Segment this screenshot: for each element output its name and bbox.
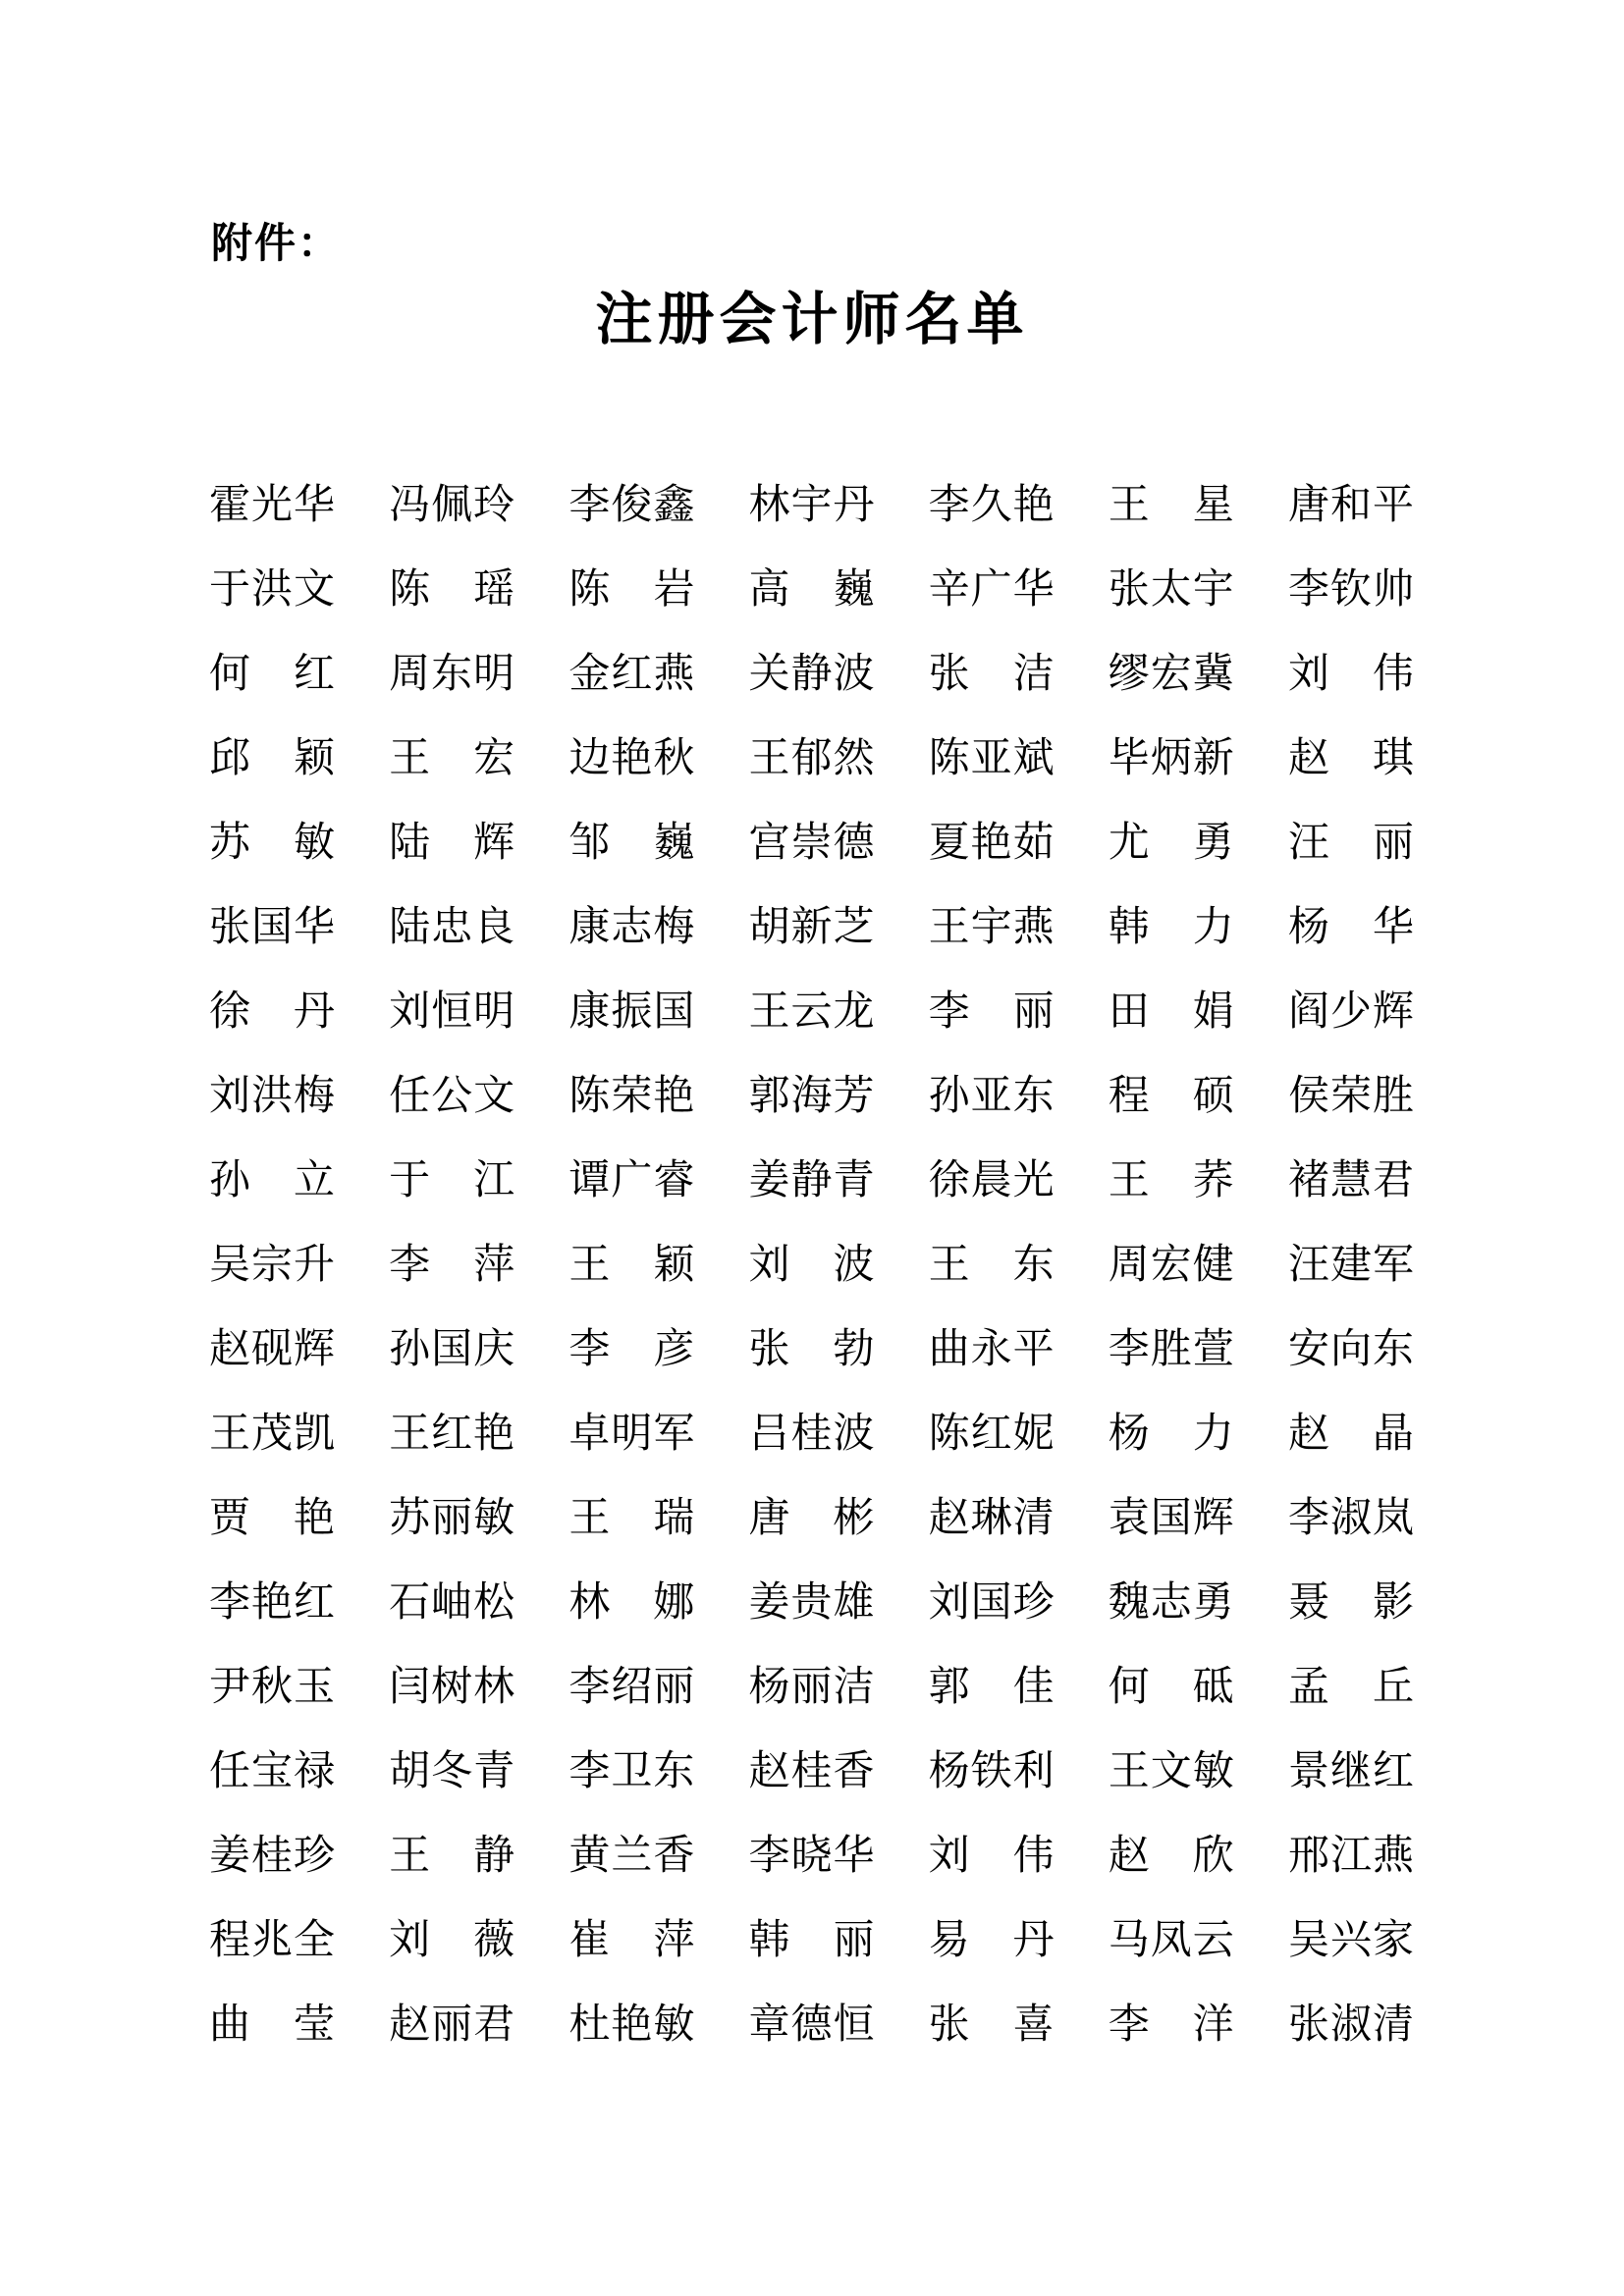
person-name: 陆 辉 bbox=[389, 797, 519, 881]
person-name: 王 东 bbox=[929, 1219, 1059, 1304]
person-name: 李 彦 bbox=[568, 1304, 699, 1388]
person-name: 邢江燕 bbox=[1288, 1810, 1419, 1895]
person-name: 李淑岚 bbox=[1288, 1472, 1419, 1557]
person-name: 石岫松 bbox=[389, 1557, 519, 1641]
person-name: 高 巍 bbox=[748, 544, 879, 628]
person-name: 陈 瑶 bbox=[389, 544, 519, 628]
person-name: 刘 伟 bbox=[929, 1810, 1059, 1895]
person-name: 张 勃 bbox=[748, 1304, 879, 1388]
person-name: 于 江 bbox=[389, 1135, 519, 1219]
person-name: 尤 勇 bbox=[1109, 797, 1239, 881]
person-name: 王郁然 bbox=[748, 713, 879, 797]
person-name: 毕炳新 bbox=[1109, 713, 1239, 797]
person-name: 刘 薇 bbox=[389, 1895, 519, 1979]
person-name: 边艳秋 bbox=[568, 713, 699, 797]
person-name: 姜贵雄 bbox=[748, 1557, 879, 1641]
person-name: 章德恒 bbox=[748, 1979, 879, 2063]
name-grid: 霍光华冯佩玲李俊鑫林宇丹李久艳王 星唐和平于洪文陈 瑶陈 岩高 巍辛广华张太宇李… bbox=[209, 459, 1419, 2063]
page-title: 注册会计师名单 bbox=[0, 273, 1624, 355]
person-name: 李胜萱 bbox=[1109, 1304, 1239, 1388]
person-name: 孙亚东 bbox=[929, 1050, 1059, 1135]
person-name: 张淑清 bbox=[1288, 1979, 1419, 2063]
person-name: 吴兴家 bbox=[1288, 1895, 1419, 1979]
person-name: 康振国 bbox=[568, 966, 699, 1050]
person-name: 尹秋玉 bbox=[209, 1641, 340, 1726]
person-name: 胡冬青 bbox=[389, 1726, 519, 1810]
person-name: 黄兰香 bbox=[568, 1810, 699, 1895]
person-name: 程兆全 bbox=[209, 1895, 340, 1979]
person-name: 吕桂波 bbox=[748, 1388, 879, 1472]
person-name: 何 砥 bbox=[1109, 1641, 1239, 1726]
person-name: 陈亚斌 bbox=[929, 713, 1059, 797]
person-name: 李绍丽 bbox=[568, 1641, 699, 1726]
person-name: 王红艳 bbox=[389, 1388, 519, 1472]
person-name: 关静波 bbox=[748, 628, 879, 713]
person-name: 易 丹 bbox=[929, 1895, 1059, 1979]
person-name: 缪宏冀 bbox=[1109, 628, 1239, 713]
person-name: 林 娜 bbox=[568, 1557, 699, 1641]
person-name: 马凤云 bbox=[1109, 1895, 1239, 1979]
person-name: 霍光华 bbox=[209, 459, 340, 544]
person-name: 李晓华 bbox=[748, 1810, 879, 1895]
person-name: 杨铁利 bbox=[929, 1726, 1059, 1810]
person-name: 王宇燕 bbox=[929, 881, 1059, 966]
person-name: 邱 颖 bbox=[209, 713, 340, 797]
person-name: 赵 欣 bbox=[1109, 1810, 1239, 1895]
person-name: 吴宗升 bbox=[209, 1219, 340, 1304]
person-name: 李 洋 bbox=[1109, 1979, 1239, 2063]
person-name: 汪建军 bbox=[1288, 1219, 1419, 1304]
person-name: 刘 波 bbox=[748, 1219, 879, 1304]
person-name: 陈红妮 bbox=[929, 1388, 1059, 1472]
person-name: 李久艳 bbox=[929, 459, 1059, 544]
person-name: 贾 艳 bbox=[209, 1472, 340, 1557]
person-name: 张 洁 bbox=[929, 628, 1059, 713]
person-name: 李 萍 bbox=[389, 1219, 519, 1304]
person-name: 杨 力 bbox=[1109, 1388, 1239, 1472]
person-name: 王茂凯 bbox=[209, 1388, 340, 1472]
person-name: 刘洪梅 bbox=[209, 1050, 340, 1135]
person-name: 阎少辉 bbox=[1288, 966, 1419, 1050]
person-name: 辛广华 bbox=[929, 544, 1059, 628]
person-name: 王云龙 bbox=[748, 966, 879, 1050]
person-name: 张国华 bbox=[209, 881, 340, 966]
person-name: 陈荣艳 bbox=[568, 1050, 699, 1135]
person-name: 邹 巍 bbox=[568, 797, 699, 881]
person-name: 闫树林 bbox=[389, 1641, 519, 1726]
person-name: 崔 萍 bbox=[568, 1895, 699, 1979]
person-name: 杨 华 bbox=[1288, 881, 1419, 966]
person-name: 康志梅 bbox=[568, 881, 699, 966]
person-name: 赵琳清 bbox=[929, 1472, 1059, 1557]
person-name: 王 星 bbox=[1109, 459, 1239, 544]
person-name: 李 丽 bbox=[929, 966, 1059, 1050]
person-name: 王 瑞 bbox=[568, 1472, 699, 1557]
person-name: 杨丽洁 bbox=[748, 1641, 879, 1726]
person-name: 韩 丽 bbox=[748, 1895, 879, 1979]
person-name: 李卫东 bbox=[568, 1726, 699, 1810]
person-name: 张太宇 bbox=[1109, 544, 1239, 628]
person-name: 孙 立 bbox=[209, 1135, 340, 1219]
person-name: 安向东 bbox=[1288, 1304, 1419, 1388]
person-name: 李钦帅 bbox=[1288, 544, 1419, 628]
person-name: 姜桂珍 bbox=[209, 1810, 340, 1895]
person-name: 唐和平 bbox=[1288, 459, 1419, 544]
person-name: 赵砚辉 bbox=[209, 1304, 340, 1388]
person-name: 景继红 bbox=[1288, 1726, 1419, 1810]
person-name: 宫崇德 bbox=[748, 797, 879, 881]
person-name: 孙国庆 bbox=[389, 1304, 519, 1388]
person-name: 曲 莹 bbox=[209, 1979, 340, 2063]
person-name: 聂 影 bbox=[1288, 1557, 1419, 1641]
person-name: 唐 彬 bbox=[748, 1472, 879, 1557]
person-name: 郭 佳 bbox=[929, 1641, 1059, 1726]
person-name: 陈 岩 bbox=[568, 544, 699, 628]
person-name: 陆忠良 bbox=[389, 881, 519, 966]
person-name: 田 娟 bbox=[1109, 966, 1239, 1050]
person-name: 于洪文 bbox=[209, 544, 340, 628]
person-name: 苏丽敏 bbox=[389, 1472, 519, 1557]
person-name: 王 颖 bbox=[568, 1219, 699, 1304]
person-name: 王文敏 bbox=[1109, 1726, 1239, 1810]
person-name: 赵 晶 bbox=[1288, 1388, 1419, 1472]
person-name: 郭海芳 bbox=[748, 1050, 879, 1135]
person-name: 刘恒明 bbox=[389, 966, 519, 1050]
person-name: 汪 丽 bbox=[1288, 797, 1419, 881]
attachment-label: 附件： bbox=[211, 211, 341, 270]
person-name: 孟 丘 bbox=[1288, 1641, 1419, 1726]
person-name: 袁国辉 bbox=[1109, 1472, 1239, 1557]
person-name: 姜静青 bbox=[748, 1135, 879, 1219]
person-name: 周东明 bbox=[389, 628, 519, 713]
person-name: 王 静 bbox=[389, 1810, 519, 1895]
person-name: 王 宏 bbox=[389, 713, 519, 797]
person-name: 侯荣胜 bbox=[1288, 1050, 1419, 1135]
person-name: 韩 力 bbox=[1109, 881, 1239, 966]
person-name: 夏艳茹 bbox=[929, 797, 1059, 881]
document-page: 附件： 注册会计师名单 霍光华冯佩玲李俊鑫林宇丹李久艳王 星唐和平于洪文陈 瑶陈… bbox=[0, 0, 1624, 2296]
person-name: 刘 伟 bbox=[1288, 628, 1419, 713]
person-name: 徐 丹 bbox=[209, 966, 340, 1050]
person-name: 任公文 bbox=[389, 1050, 519, 1135]
person-name: 曲永平 bbox=[929, 1304, 1059, 1388]
person-name: 魏志勇 bbox=[1109, 1557, 1239, 1641]
person-name: 赵 琪 bbox=[1288, 713, 1419, 797]
person-name: 张 喜 bbox=[929, 1979, 1059, 2063]
person-name: 卓明军 bbox=[568, 1388, 699, 1472]
person-name: 周宏健 bbox=[1109, 1219, 1239, 1304]
person-name: 刘国珍 bbox=[929, 1557, 1059, 1641]
person-name: 程 硕 bbox=[1109, 1050, 1239, 1135]
person-name: 冯佩玲 bbox=[389, 459, 519, 544]
person-name: 谭广睿 bbox=[568, 1135, 699, 1219]
person-name: 李俊鑫 bbox=[568, 459, 699, 544]
person-name: 苏 敏 bbox=[209, 797, 340, 881]
person-name: 何 红 bbox=[209, 628, 340, 713]
person-name: 赵丽君 bbox=[389, 1979, 519, 2063]
person-name: 林宇丹 bbox=[748, 459, 879, 544]
person-name: 褚慧君 bbox=[1288, 1135, 1419, 1219]
person-name: 任宝禄 bbox=[209, 1726, 340, 1810]
person-name: 李艳红 bbox=[209, 1557, 340, 1641]
person-name: 杜艳敏 bbox=[568, 1979, 699, 2063]
person-name: 徐晨光 bbox=[929, 1135, 1059, 1219]
person-name: 金红燕 bbox=[568, 628, 699, 713]
person-name: 赵桂香 bbox=[748, 1726, 879, 1810]
person-name: 胡新芝 bbox=[748, 881, 879, 966]
person-name: 王 荞 bbox=[1109, 1135, 1239, 1219]
